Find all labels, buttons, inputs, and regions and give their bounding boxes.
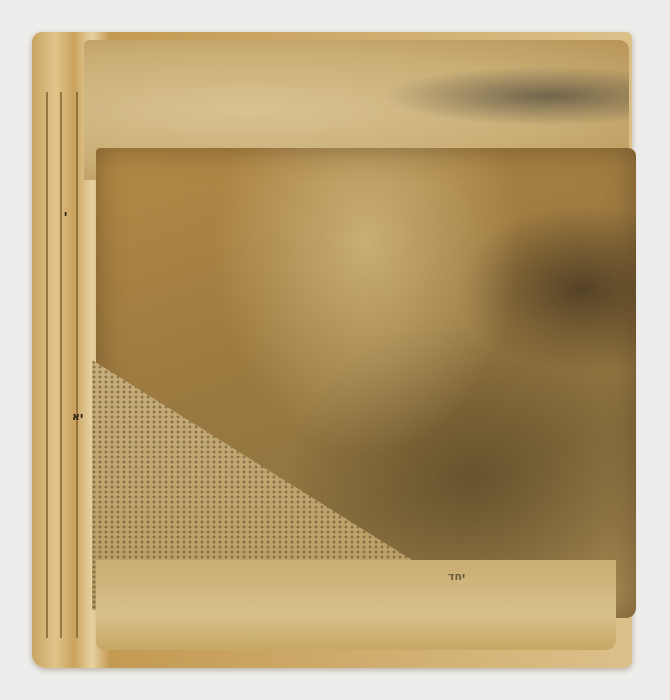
spine-mark-upper: י: [64, 208, 67, 221]
spine-mark-lower: יא: [72, 410, 83, 423]
bottom-edge-strip: [96, 560, 616, 650]
book-photo: י יא יחד: [0, 0, 670, 700]
page-edge-line: [76, 92, 78, 638]
bottom-inscription: יחד: [448, 570, 465, 583]
page-edge-line: [46, 92, 48, 638]
page-edge-line: [60, 92, 62, 638]
